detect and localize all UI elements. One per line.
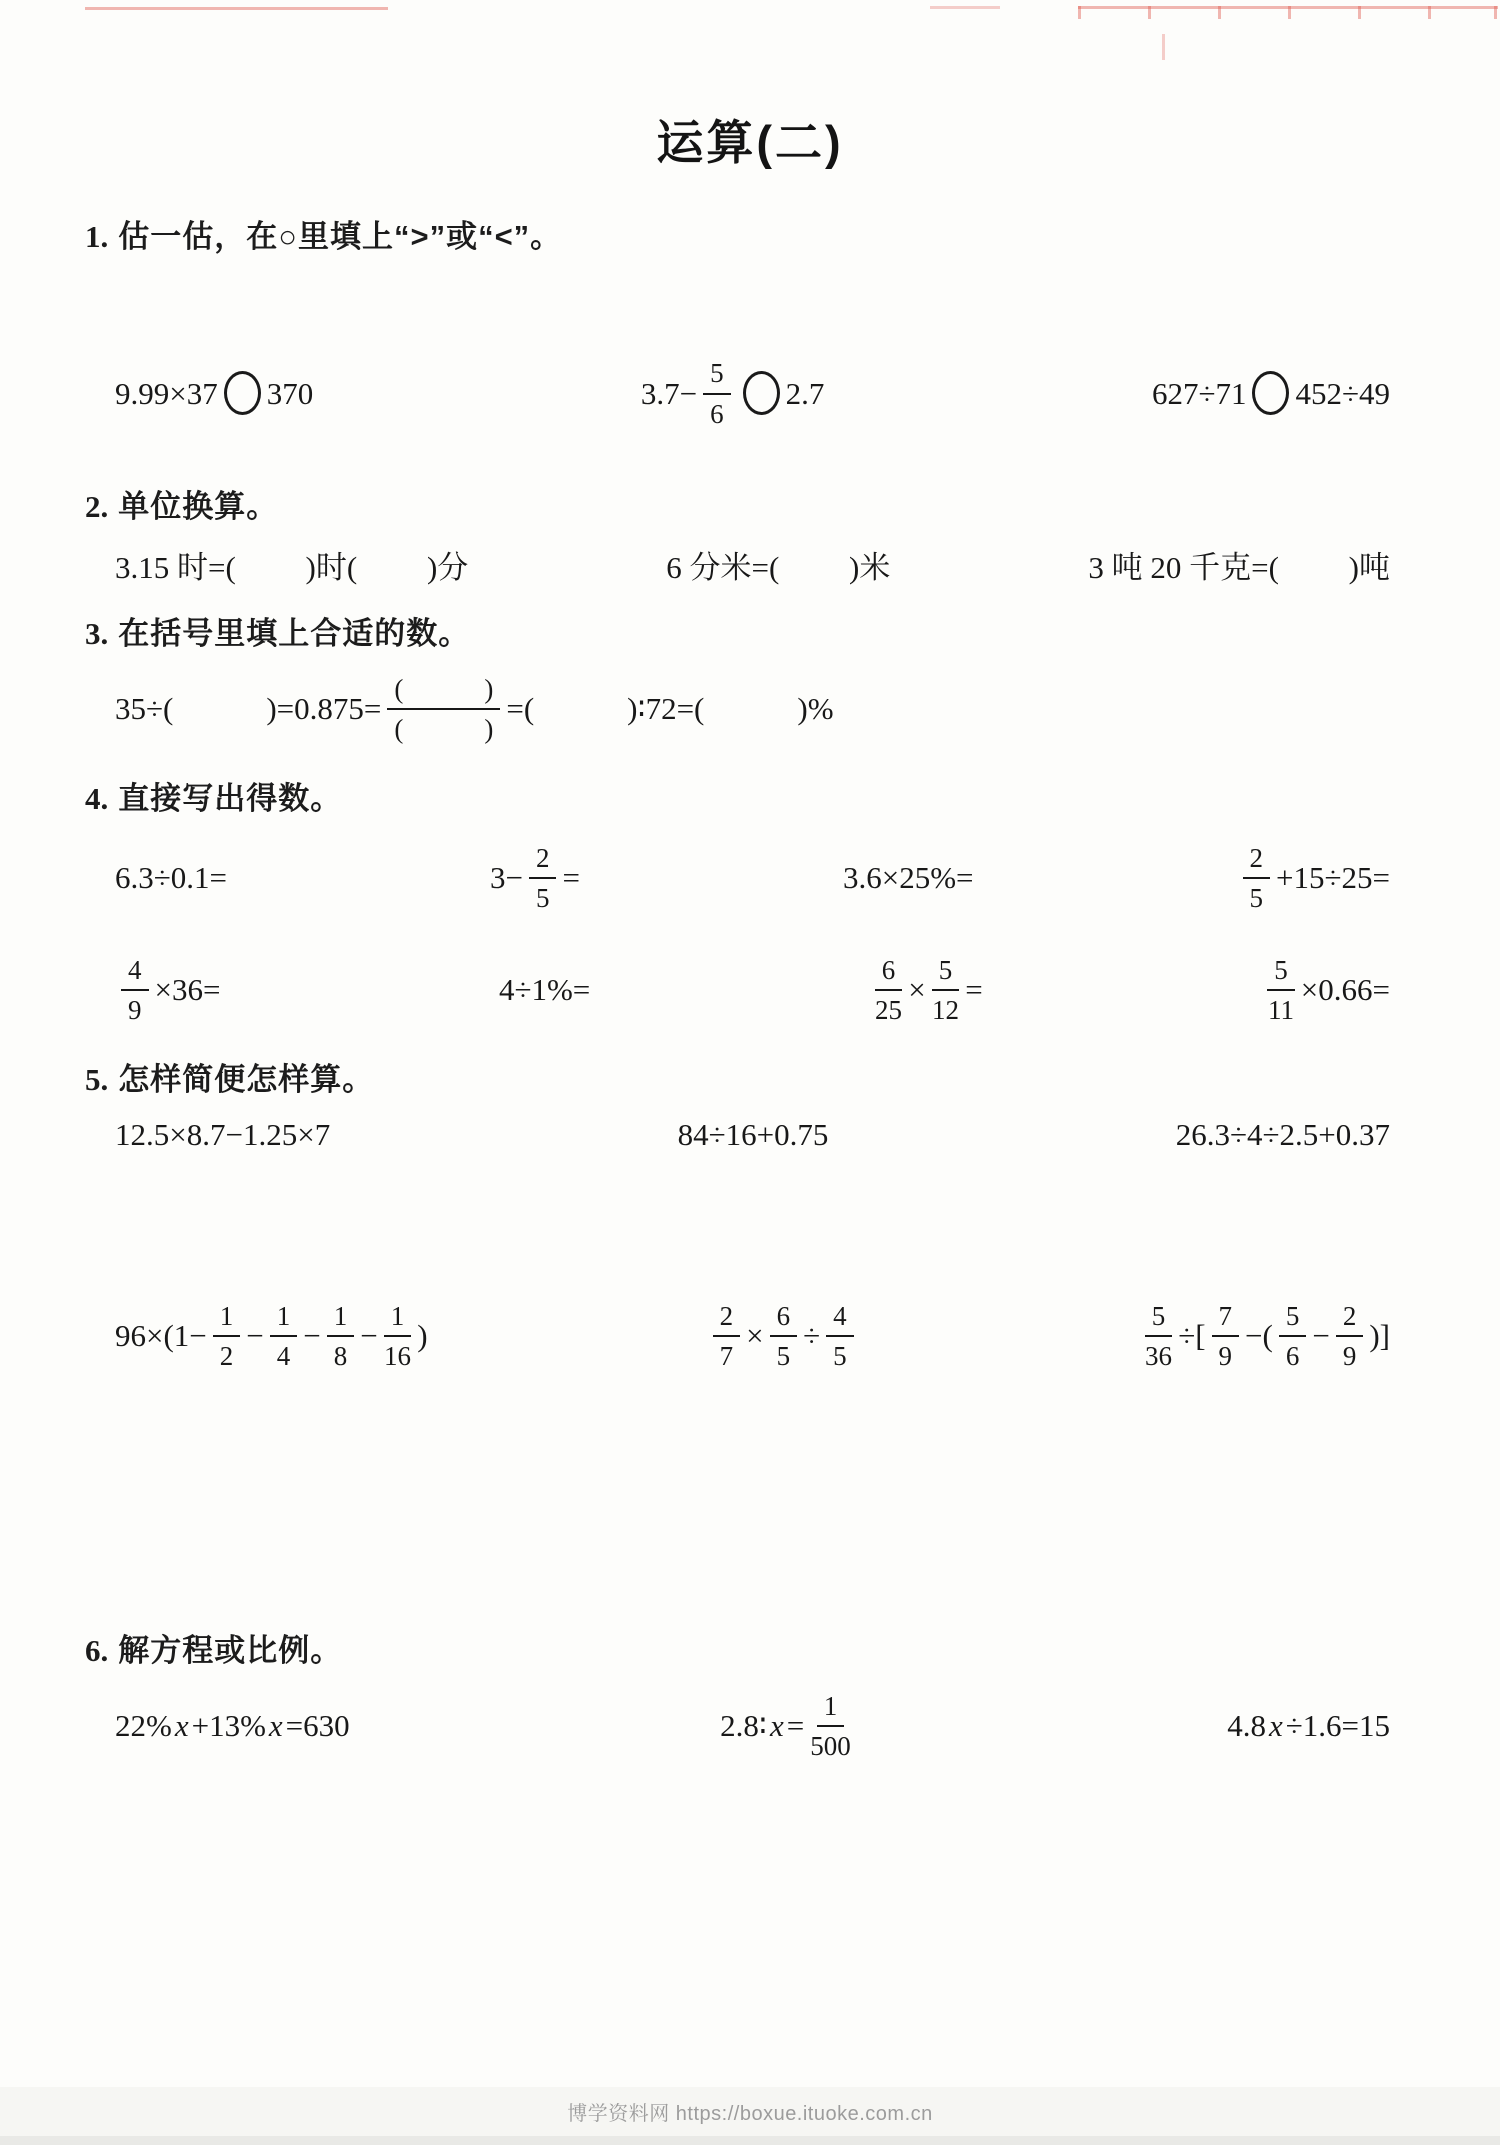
fraction-numerator: 2 [1336, 1300, 1364, 1337]
math-text: 6 分米=( )米 [666, 542, 890, 587]
fraction-denominator: 9 [1219, 1337, 1233, 1372]
fraction-denominator: 5 [1250, 879, 1264, 914]
math-expression: 9.99×37370 [115, 372, 313, 416]
fraction-denominator: 5 [536, 879, 550, 914]
math-text: +15÷25= [1276, 860, 1390, 896]
math-text: 4.8 [1227, 1708, 1266, 1744]
fraction: 1500 [810, 1690, 851, 1763]
math-expression: 2.8∶x=1500 [720, 1690, 857, 1763]
fraction-denominator: 16 [384, 1337, 411, 1372]
math-text: )] [1369, 1318, 1390, 1354]
math-text: ÷1.6=15 [1286, 1708, 1390, 1744]
fraction: 56 [1279, 1300, 1307, 1373]
fraction: 18 [327, 1300, 355, 1373]
scan-artifact-red-tick [1288, 6, 1291, 19]
math-expression: 3.6×25%= [843, 860, 974, 896]
math-expression: 536÷[79−(56−29)] [1139, 1300, 1390, 1373]
fraction-denominator: ( ) [394, 710, 493, 745]
section-1: 1.估一估，在○里填上“>”或“<”。9.99×373703.7−562.762… [85, 211, 1500, 451]
fraction-denominator: 500 [810, 1727, 851, 1762]
fraction-numerator: 4 [121, 954, 149, 991]
variable-x: x [767, 1708, 787, 1744]
fraction-numerator: 4 [826, 1300, 854, 1337]
math-text: 35÷( )=0.875= [115, 691, 381, 727]
fraction: 12 [213, 1300, 241, 1373]
fraction-denominator: 25 [875, 991, 902, 1026]
math-text: = [562, 860, 579, 896]
problem-row: 12.5×8.7−1.25×784÷16+0.7526.3÷4÷2.5+0.37 [115, 1111, 1390, 1159]
fraction-numerator: 6 [875, 954, 903, 991]
fraction-denominator: 36 [1145, 1337, 1172, 1372]
section-heading: 5.怎样简便怎样算。 [85, 1054, 1500, 1099]
page-title: 运算(二) [0, 0, 1500, 173]
section-2: 2.单位换算。3.15 时=( )时( )分6 分米=( )米3 吨 20 千克… [85, 481, 1500, 588]
scan-artifact-red-tick [1494, 6, 1497, 19]
section-number: 4. [85, 781, 108, 817]
fraction: 29 [1336, 1300, 1364, 1373]
section-number: 2. [85, 489, 108, 525]
footer-credit: 博学资料网 https://boxue.ituoke.com.cn [0, 2087, 1500, 2145]
math-text: 84÷16+0.75 [678, 1117, 829, 1153]
section-number: 6. [85, 1633, 108, 1669]
math-text: = [787, 1708, 804, 1744]
scan-artifact-red-tick [1078, 6, 1081, 19]
math-expression: 22%x+13%x=630 [115, 1708, 350, 1744]
fraction: 56 [703, 357, 731, 430]
section-number: 5. [85, 1062, 108, 1098]
math-text: 3.7− [641, 376, 697, 412]
problem-row: 35÷( )=0.875=( )( )=( )∶72=( )% [115, 653, 1390, 765]
scan-artifact-red-tick [1162, 34, 1165, 60]
math-text: ×36= [155, 972, 221, 1008]
fraction: 49 [121, 954, 149, 1027]
problem-row: 96×(1−12−14−18−116)27×65÷45536÷[79−(56−2… [115, 1277, 1390, 1395]
fraction-denominator: 7 [720, 1337, 734, 1372]
worksheet-sections: 1.估一估，在○里填上“>”或“<”。9.99×373703.7−562.762… [0, 211, 1500, 1782]
math-text: − [360, 1318, 377, 1354]
math-expression: 25+15÷25= [1237, 842, 1390, 915]
section-heading-text: 在括号里填上合适的数。 [118, 608, 470, 653]
variable-x: x [266, 1708, 286, 1744]
math-expression: 4.8x÷1.6=15 [1227, 1708, 1390, 1744]
fraction-denominator: 6 [710, 395, 724, 430]
section-heading-text: 估一估，在○里填上“>”或“<”。 [118, 211, 562, 256]
math-expression: 3.7−562.7 [641, 357, 824, 430]
section-6: 6.解方程或比例。22%x+13%x=6302.8∶x=15004.8x÷1.6… [85, 1625, 1500, 1782]
math-text: − [246, 1318, 263, 1354]
math-expression: 84÷16+0.75 [678, 1117, 829, 1153]
fraction-denominator: 5 [777, 1337, 791, 1372]
variable-x: x [1266, 1708, 1286, 1744]
answer-circle [1252, 371, 1289, 415]
math-expression: 4÷1%= [499, 972, 590, 1008]
math-text: = [965, 972, 982, 1008]
section-5: 5.怎样简便怎样算。12.5×8.7−1.25×784÷16+0.7526.3÷… [85, 1054, 1500, 1395]
fraction-numerator: 2 [1243, 842, 1271, 879]
math-text: 3.15 时=( )时( )分 [115, 542, 468, 587]
problem-row: 49×36=4÷1%=625×512=511×0.66= [115, 934, 1390, 1046]
fraction-numerator: 5 [1145, 1300, 1173, 1337]
fraction-numerator: 1 [817, 1690, 845, 1727]
fraction: 27 [713, 1300, 741, 1373]
math-text: × [908, 972, 925, 1008]
math-text: =630 [286, 1708, 350, 1744]
scan-artifact-red-tick [1218, 6, 1221, 19]
fraction-numerator: 2 [713, 1300, 741, 1337]
fraction-numerator: 1 [384, 1300, 412, 1337]
math-expression: 35÷( )=0.875=( )( )=( )∶72=( )% [115, 673, 834, 746]
math-expression: 96×(1−12−14−18−116) [115, 1300, 428, 1373]
math-expression: 511×0.66= [1261, 954, 1390, 1027]
scan-artifact-red-line [930, 6, 1000, 9]
math-text: ÷ [803, 1318, 820, 1354]
math-expression: 3−25= [490, 842, 580, 915]
problem-row: 3.15 时=( )时( )分6 分米=( )米3 吨 20 千克=( )吨 [115, 540, 1390, 588]
math-text: 370 [267, 376, 314, 412]
worksheet-page: 运算(二) 1.估一估，在○里填上“>”或“<”。9.99×373703.7−5… [0, 0, 1500, 2145]
section-heading-text: 怎样简便怎样算。 [118, 1054, 374, 1099]
math-text: 3 吨 20 千克=( )吨 [1088, 542, 1390, 587]
math-text: ×0.66= [1301, 972, 1390, 1008]
math-text: − [1312, 1318, 1329, 1354]
section-heading-text: 单位换算。 [118, 481, 278, 526]
fraction-denominator: 12 [932, 991, 959, 1026]
math-text: 3− [490, 860, 523, 896]
fraction-denominator: 9 [128, 991, 142, 1026]
fraction: 25 [1243, 842, 1271, 915]
fraction-denominator: 5 [833, 1337, 847, 1372]
fraction: 536 [1145, 1300, 1173, 1373]
problem-row: 9.99×373703.7−562.7627÷71452÷49 [115, 336, 1390, 451]
math-expression: 3 吨 20 千克=( )吨 [1088, 542, 1390, 587]
fraction: 512 [932, 954, 960, 1027]
fraction-numerator: 5 [1267, 954, 1295, 991]
math-text: 627÷71 [1152, 376, 1247, 412]
fraction-denominator: 4 [277, 1337, 291, 1372]
section-number: 3. [85, 616, 108, 652]
fraction: 14 [270, 1300, 298, 1373]
math-text: ) [417, 1318, 427, 1354]
problem-row: 22%x+13%x=6302.8∶x=15004.8x÷1.6=15 [115, 1670, 1390, 1782]
math-text: 12.5×8.7−1.25×7 [115, 1117, 330, 1153]
fraction: 45 [826, 1300, 854, 1373]
fraction-numerator: 6 [770, 1300, 798, 1337]
math-expression: 26.3÷4÷2.5+0.37 [1176, 1117, 1390, 1153]
math-text: 2.8∶ [720, 1708, 767, 1744]
math-text: 3.6×25%= [843, 860, 974, 896]
section-heading: 6.解方程或比例。 [85, 1625, 1500, 1670]
math-expression: 625×512= [869, 954, 983, 1027]
fraction: 511 [1267, 954, 1295, 1027]
fraction: ( )( ) [387, 673, 500, 746]
problem-row: 6.3÷0.1=3−25=3.6×25%=25+15÷25= [115, 822, 1390, 934]
fraction: 65 [770, 1300, 798, 1373]
fraction-numerator: 1 [270, 1300, 298, 1337]
fraction-numerator: 5 [1279, 1300, 1307, 1337]
fraction-denominator: 6 [1286, 1337, 1300, 1372]
fraction: 79 [1212, 1300, 1240, 1373]
section-heading-text: 直接写出得数。 [118, 773, 342, 818]
scan-artifact-red-tick [1148, 6, 1151, 19]
section-heading-text: 解方程或比例。 [118, 1625, 342, 1670]
math-text: =( )∶72=( )% [506, 691, 833, 727]
math-text: 452÷49 [1295, 376, 1390, 412]
section-heading: 4.直接写出得数。 [85, 773, 1500, 818]
fraction-numerator: 1 [213, 1300, 241, 1337]
fraction-numerator: ( ) [387, 673, 500, 710]
math-expression: 49×36= [115, 954, 220, 1027]
fraction-numerator: 5 [703, 357, 731, 394]
answer-circle [743, 371, 780, 415]
fraction: 116 [384, 1300, 412, 1373]
section-heading: 3.在括号里填上合适的数。 [85, 608, 1500, 653]
section-heading: 2.单位换算。 [85, 481, 1500, 526]
math-text: 6.3÷0.1= [115, 860, 227, 896]
section-3: 3.在括号里填上合适的数。35÷( )=0.875=( )( )=( )∶72=… [85, 608, 1500, 765]
math-text: ÷[ [1178, 1318, 1205, 1354]
math-text: 96×(1− [115, 1318, 207, 1354]
scan-artifact-red-tick [1358, 6, 1361, 19]
section-heading: 1.估一估，在○里填上“>”或“<”。 [85, 211, 1500, 256]
math-expression: 12.5×8.7−1.25×7 [115, 1117, 330, 1153]
fraction-numerator: 1 [327, 1300, 355, 1337]
section-number: 1. [85, 219, 108, 255]
section-4: 4.直接写出得数。6.3÷0.1=3−25=3.6×25%=25+15÷25=4… [85, 773, 1500, 1046]
variable-x: x [172, 1708, 192, 1744]
fraction: 25 [529, 842, 557, 915]
fraction-denominator: 8 [334, 1337, 348, 1372]
answer-circle [224, 371, 261, 415]
fraction-numerator: 7 [1212, 1300, 1240, 1337]
math-text: 26.3÷4÷2.5+0.37 [1176, 1117, 1390, 1153]
math-expression: 3.15 时=( )时( )分 [115, 542, 468, 587]
math-text: 22% [115, 1708, 172, 1744]
math-text: −( [1245, 1318, 1273, 1354]
math-expression: 6.3÷0.1= [115, 860, 227, 896]
math-text: +13% [192, 1708, 266, 1744]
math-text: 9.99×37 [115, 376, 218, 412]
math-text: − [303, 1318, 320, 1354]
scan-artifact-red-line [85, 7, 388, 10]
fraction: 625 [875, 954, 903, 1027]
fraction-denominator: 2 [220, 1337, 234, 1372]
scan-artifact-red-tick [1428, 6, 1431, 19]
math-text: 2.7 [786, 376, 825, 412]
fraction-numerator: 5 [932, 954, 960, 991]
math-text: × [746, 1318, 763, 1354]
math-expression: 27×65÷45 [707, 1300, 860, 1373]
math-text: 4÷1%= [499, 972, 590, 1008]
math-expression: 627÷71452÷49 [1152, 372, 1390, 416]
fraction-numerator: 2 [529, 842, 557, 879]
fraction-denominator: 11 [1268, 991, 1294, 1026]
fraction-denominator: 9 [1343, 1337, 1357, 1372]
math-expression: 6 分米=( )米 [666, 542, 890, 587]
